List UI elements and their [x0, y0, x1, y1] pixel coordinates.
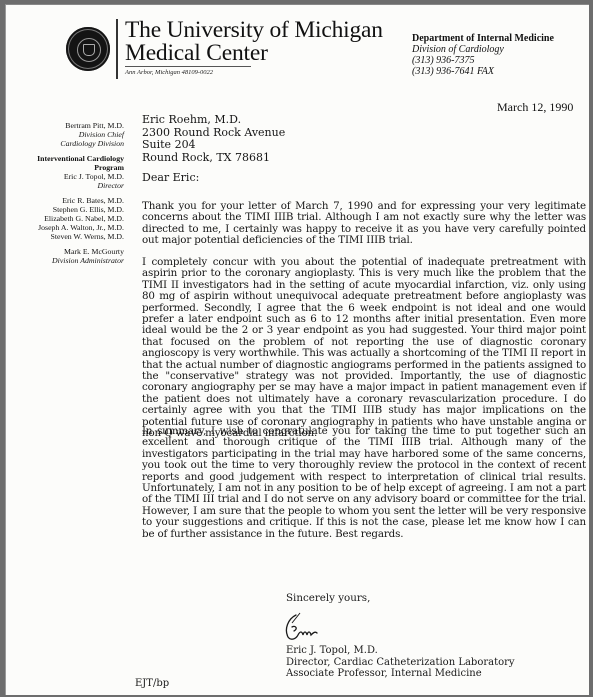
- recipient-name: Eric Roehm, M.D.: [142, 114, 586, 127]
- recipient-street: 2300 Round Rock Avenue: [142, 127, 586, 140]
- staff-member: Joseph A. Walton, Jr., M.D.: [12, 223, 124, 232]
- institution-line2: Medical Center: [125, 42, 383, 65]
- institution-address: Ann Arbor, Michigan 48109-0022: [125, 69, 213, 76]
- department-name: Department of Internal Medicine: [412, 33, 554, 44]
- division-name: Division of Cardiology: [412, 44, 554, 55]
- director-title: Director: [12, 181, 124, 190]
- staff-list: Bertram Pitt, M.D. Division Chief Cardio…: [12, 121, 124, 265]
- university-seal-icon: [66, 27, 110, 71]
- admin-name: Mark E. McGourty: [12, 247, 124, 256]
- letterhead-divider: [116, 19, 118, 79]
- seal-shield: [83, 44, 95, 56]
- institution-name: The University of Michigan Medical Cente…: [125, 19, 383, 65]
- letter-date: March 12, 1990: [497, 100, 573, 115]
- program-name-line2: Program: [12, 163, 124, 172]
- letter-page: The University of Michigan Medical Cente…: [5, 4, 589, 695]
- signer-block: Eric J. Topol, M.D. Director, Cardiac Ca…: [286, 645, 515, 680]
- signer-name: Eric J. Topol, M.D.: [286, 645, 515, 657]
- recipient-suite: Suite 204: [142, 139, 586, 152]
- fax-number: (313) 936-7641 FAX: [412, 66, 554, 77]
- institution-line1: The University of Michigan: [125, 19, 383, 42]
- chief-title: Division Chief: [12, 130, 124, 139]
- chief-division: Cardiology Division: [12, 139, 124, 148]
- recipient-address: Eric Roehm, M.D. 2300 Round Rock Avenue …: [142, 114, 586, 164]
- body-paragraph-2: I completely concur with you about the p…: [142, 257, 586, 440]
- admin-title: Division Administrator: [12, 256, 124, 265]
- department-block: Department of Internal Medicine Division…: [412, 33, 554, 77]
- phone-number: (313) 936-7375: [412, 55, 554, 66]
- signer-title-1: Director, Cardiac Catheterization Labora…: [286, 657, 515, 669]
- body-paragraph-3: In summary, I wish to congratulate you f…: [142, 426, 586, 540]
- letterhead-rule: [125, 66, 251, 67]
- staff-member: Eric R. Bates, M.D.: [12, 196, 124, 205]
- program-name-line1: Interventional Cardiology: [12, 154, 124, 163]
- signer-title-2: Associate Professor, Internal Medicine: [286, 668, 515, 680]
- salutation: Dear Eric:: [142, 171, 586, 184]
- staff-member: Steven W. Werns, M.D.: [12, 232, 124, 241]
- recipient-city: Round Rock, TX 78681: [142, 152, 586, 165]
- chief-name: Bertram Pitt, M.D.: [12, 121, 124, 130]
- closing: Sincerely yours,: [286, 592, 370, 604]
- signature-icon: [282, 609, 326, 643]
- typist-initials: EJT/bp: [135, 678, 169, 689]
- staff-member: Elizabeth G. Nabel, M.D.: [12, 214, 124, 223]
- director-name: Eric J. Topol, M.D.: [12, 172, 124, 181]
- staff-member: Stephen G. Ellis, M.D.: [12, 205, 124, 214]
- body-paragraph-1: Thank you for your letter of March 7, 19…: [142, 201, 586, 247]
